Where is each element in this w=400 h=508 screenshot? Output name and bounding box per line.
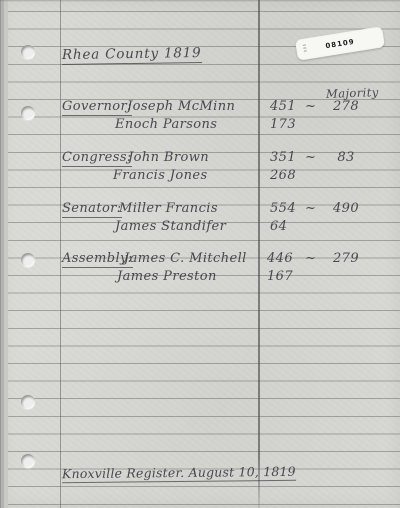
office-label: Assembly:	[62, 251, 133, 268]
candidate-name: John Brown	[128, 150, 209, 165]
candidate-name: James Preston	[117, 269, 217, 284]
barcode-icon	[303, 44, 307, 53]
result-row-congress-runnerup: Francis Jones 268	[0, 168, 400, 185]
office-label: Senator:	[62, 201, 122, 218]
candidate-name: Francis Jones	[113, 168, 208, 183]
page-top-edge	[0, 0, 400, 2]
candidate-name: James C. Mitchell	[124, 251, 247, 266]
vote-count: 451	[270, 99, 296, 114]
result-row-governor-runnerup: Enoch Parsons 173	[0, 117, 400, 134]
result-row-senator-runnerup: James Standifer 64	[0, 219, 400, 236]
majority-value: 490	[330, 201, 362, 216]
page-title: Rhea County 1819	[62, 45, 202, 65]
tilde-mark: ~	[305, 150, 316, 165]
scanned-ledger-page: 08109 Rhea County 1819 Majority Governor…	[0, 0, 400, 508]
result-row-governor-winner: Governor: Joseph McMinn 451 ~ 278	[0, 99, 400, 116]
vote-count: 268	[270, 168, 296, 183]
majority-value: 278	[330, 99, 362, 114]
catalog-sticker: 08109	[295, 26, 385, 61]
candidate-name: James Standifer	[115, 219, 226, 234]
punch-hole	[21, 395, 35, 409]
majority-value: 279	[330, 251, 362, 266]
office-label: Congress:	[62, 150, 132, 167]
vote-count: 446	[267, 251, 293, 266]
candidate-name: Joseph McMinn	[127, 99, 235, 114]
vote-count: 64	[270, 219, 287, 234]
candidate-name: Enoch Parsons	[115, 117, 217, 132]
result-row-congress-winner: Congress: John Brown 351 ~ 83	[0, 150, 400, 167]
result-row-assembly-winner: Assembly: James C. Mitchell 446 ~ 279	[0, 251, 400, 268]
vote-count: 554	[270, 201, 296, 216]
vote-count: 167	[267, 269, 293, 284]
tilde-mark: ~	[305, 99, 316, 114]
source-citation: Knoxville Register. August 10, 1819	[62, 464, 296, 483]
punch-hole	[21, 454, 35, 468]
office-label: Governor:	[62, 99, 132, 116]
result-row-senator-winner: Senator: Miller Francis 554 ~ 490	[0, 201, 400, 218]
candidate-name: Miller Francis	[119, 201, 218, 216]
punch-hole	[21, 45, 35, 59]
tilde-mark: ~	[305, 201, 316, 216]
majority-value: 83	[330, 150, 362, 165]
vote-count: 173	[270, 117, 296, 132]
tilde-mark: ~	[305, 251, 316, 266]
result-row-assembly-runnerup: James Preston 167	[0, 269, 400, 286]
sticker-number: 08109	[325, 37, 355, 49]
vote-count: 351	[270, 150, 296, 165]
